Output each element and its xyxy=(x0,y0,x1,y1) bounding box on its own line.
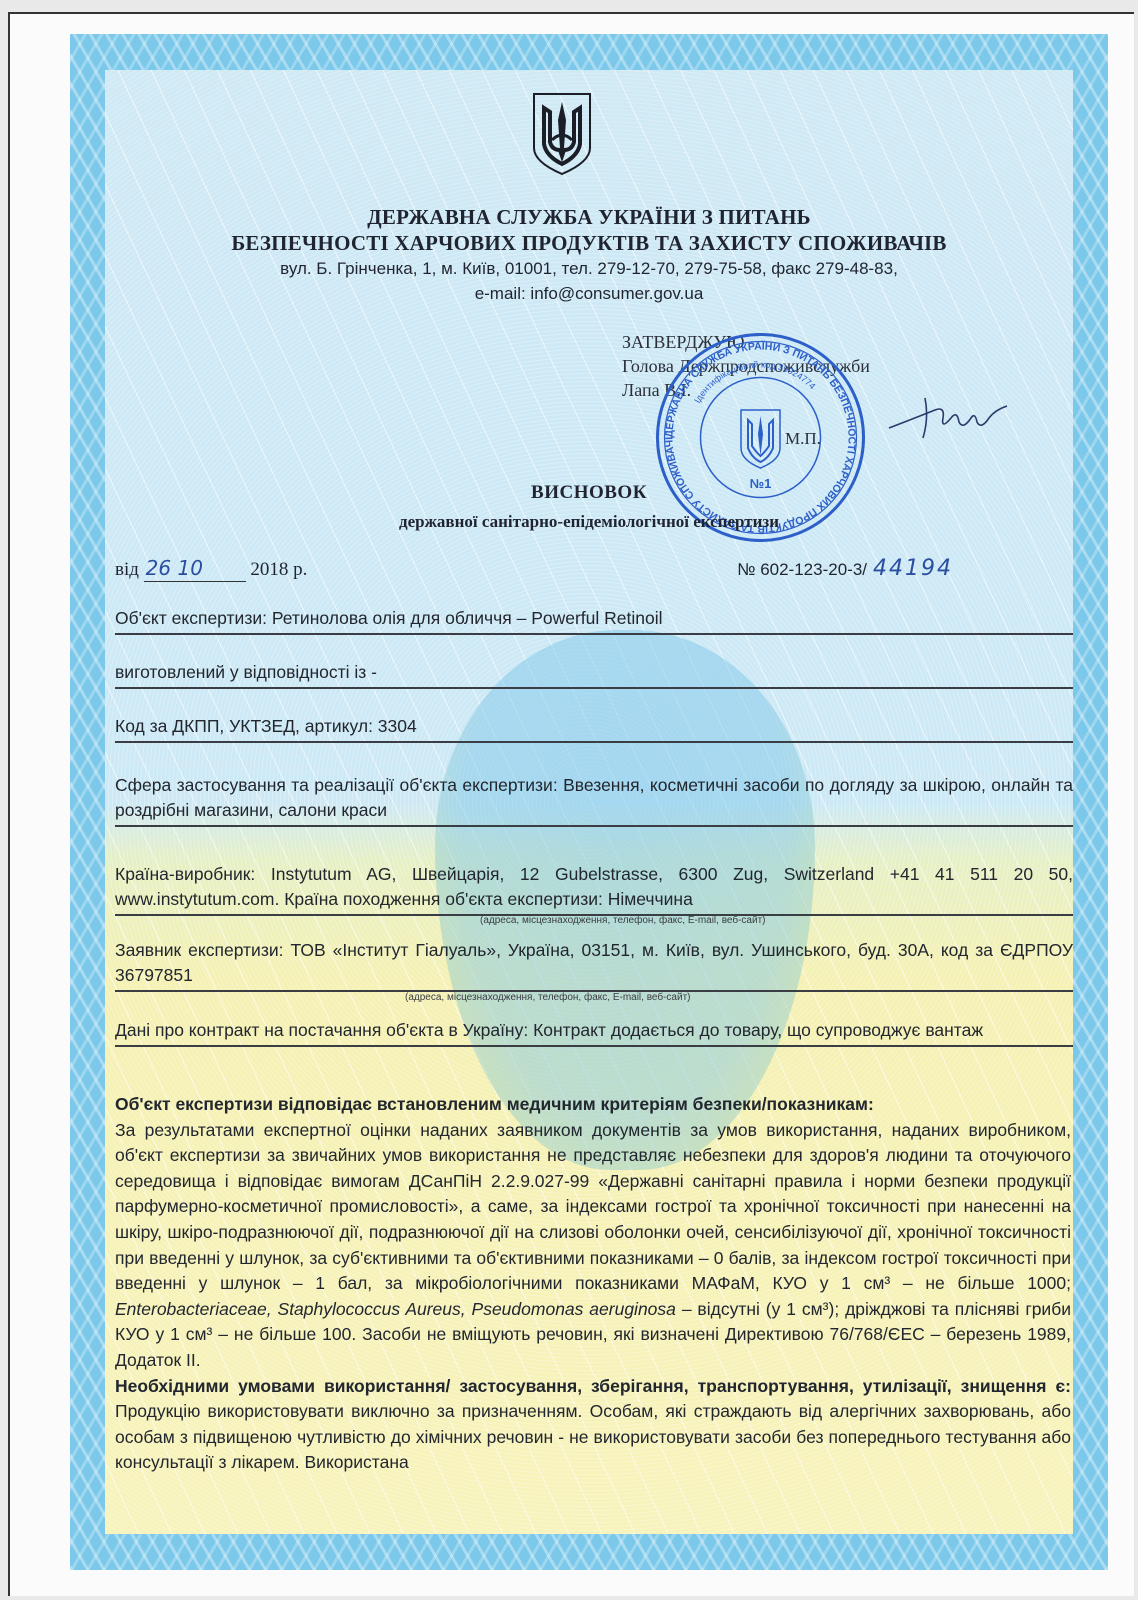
org-email: e-mail: info@consumer.gov.ua xyxy=(105,282,1073,306)
conclusion-heading: Об'єкт експертизи відповідає встановлени… xyxy=(115,1092,1071,1118)
org-name-line2: БЕЗПЕЧНОСТІ ХАРЧОВИХ ПРОДУКТІВ ТА ЗАХИСТ… xyxy=(105,230,1073,256)
svg-text:М.П.: М.П. xyxy=(785,429,821,448)
field-object: Об'єкт експертизи: Ретинолова олія для о… xyxy=(115,606,1073,635)
signature xyxy=(885,388,1010,443)
number-prefix: № 602-123-20-3/ xyxy=(737,560,867,579)
handwritten-number: 44194 xyxy=(867,556,983,581)
field-contract: Дані про контракт на постачання об'єкта … xyxy=(115,1018,1073,1047)
conclusion-text: Об'єкт експертизи відповідає встановлени… xyxy=(115,1092,1071,1476)
org-name-line1: ДЕРЖАВНА СЛУЖБА УКРАЇНИ З ПИТАНЬ xyxy=(105,204,1073,230)
handwritten-date: 26 10 xyxy=(146,556,203,580)
field-scope: Сфера застосування та реалізації об'єкта… xyxy=(115,773,1073,827)
title-sub: державної санітарно-епідеміологічної екс… xyxy=(105,512,1073,532)
applicant-caption: (адреса, місцезнаходження, телефон, факс… xyxy=(405,992,690,1003)
conditions-heading: Необхідними умовами використання/ застос… xyxy=(115,1376,1071,1396)
ukraine-coat-of-arms-icon xyxy=(530,90,594,176)
date-prefix: від xyxy=(115,559,139,580)
field-applicant: Заявник експертизи: ТОВ «Інститут Гіалуа… xyxy=(115,938,1073,992)
field-code: Код за ДКПП, УКТЗЕД, артикул: 3304 xyxy=(115,714,1073,743)
conclusion-paragraph: За результатами експертної оцінки надани… xyxy=(115,1118,1071,1374)
date-year: 2018 р. xyxy=(250,559,307,580)
document-body: ДЕРЖАВНА СЛУЖБА УКРАЇНИ З ПИТАНЬ БЕЗПЕЧН… xyxy=(105,70,1073,1534)
date-number-line: від 26 10 2018 р. № 602-123-20-3/44194 xyxy=(115,556,1063,582)
field-made-according: виготовлений у відповідності із - xyxy=(115,660,1073,689)
field-manufacturer: Країна-виробник: Instytutum AG, Швейцарі… xyxy=(115,862,1073,916)
issuer-header: ДЕРЖАВНА СЛУЖБА УКРАЇНИ З ПИТАНЬ БЕЗПЕЧН… xyxy=(105,204,1073,306)
conditions-paragraph: Необхідними умовами використання/ застос… xyxy=(115,1374,1071,1476)
manufacturer-caption: (адреса, місцезнаходження, телефон, факс… xyxy=(480,915,765,926)
org-address: вул. Б. Грінченка, 1, м. Київ, 01001, те… xyxy=(105,256,1073,282)
title-main: ВИСНОВОК xyxy=(105,482,1073,504)
document-title: ВИСНОВОК державної санітарно-епідеміолог… xyxy=(105,482,1073,532)
